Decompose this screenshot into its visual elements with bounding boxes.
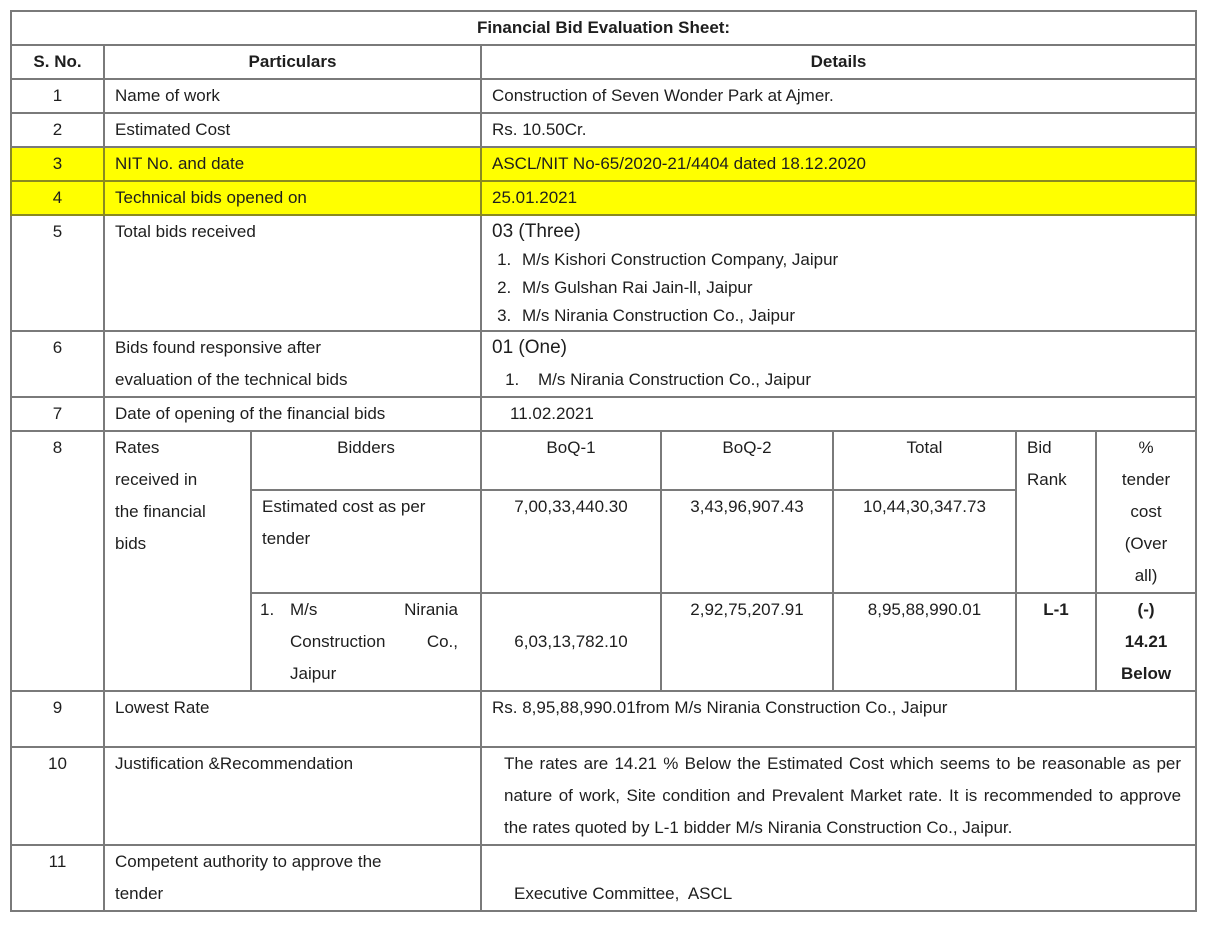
particular-line: bids — [115, 528, 240, 560]
row-detail: ASCL/NIT No-65/2020-21/4404 dated 18.12.… — [481, 147, 1196, 181]
pct-value-line: (-) — [1107, 594, 1185, 626]
estimated-boq2: 3,43,96,907.43 — [661, 490, 833, 593]
row-detail: 01 (One) M/s Nirania Construction Co., J… — [481, 331, 1196, 397]
row-sno: 1 — [11, 79, 104, 113]
table-row: 6 Bids found responsive after evaluation… — [11, 331, 1196, 397]
row-particular: Technical bids opened on — [104, 181, 481, 215]
row-sno: 10 — [11, 747, 104, 845]
table-row-rates-header: 8 Rates received in the financial bids B… — [11, 431, 1196, 490]
row-sno: 9 — [11, 691, 104, 747]
row-particular: Justification &Recommendation — [104, 747, 481, 845]
bidder-list: M/s Kishori Construction Company, Jaipur… — [492, 246, 1185, 330]
table-row: 9 Lowest Rate Rs. 8,95,88,990.01from M/s… — [11, 691, 1196, 747]
col-boq2: BoQ-2 — [661, 431, 833, 490]
bidder-item: M/s Nirania Construction Co., Jaipur — [524, 364, 1185, 396]
table-row-highlighted: 3 NIT No. and date ASCL/NIT No-65/2020-2… — [11, 147, 1196, 181]
responsive-bidder-list: M/s Nirania Construction Co., Jaipur — [492, 364, 1185, 396]
col-pct-tender-cost: % tender cost (Over all) — [1096, 431, 1196, 593]
pct-line: % — [1107, 432, 1185, 464]
col-boq1: BoQ-1 — [481, 431, 661, 490]
particular-line: received in — [115, 464, 240, 496]
particular-line: Bids found responsive after — [115, 332, 470, 364]
particular-line: the financial — [115, 496, 240, 528]
bid-boq2: 2,92,75,207.91 — [661, 593, 833, 691]
bid-count: 03 (Three) — [492, 218, 1185, 246]
row-sno: 11 — [11, 845, 104, 911]
financial-bid-evaluation-table: Financial Bid Evaluation Sheet: S. No. P… — [10, 10, 1197, 912]
row-detail: 25.01.2021 — [481, 181, 1196, 215]
bidder-name-line1: M/sNirania — [290, 594, 458, 626]
row-particular: Total bids received — [104, 215, 481, 331]
title-row: Financial Bid Evaluation Sheet: — [11, 11, 1196, 45]
bidder-name: 1.M/sNiraniaConstructionCo.,Jaipur — [251, 593, 481, 691]
col-bid-rank: Bid Rank — [1016, 431, 1096, 593]
row-detail: 11.02.2021 — [481, 397, 1196, 431]
pct-line: (Over — [1107, 528, 1185, 560]
header-particulars: Particulars — [104, 45, 481, 79]
estimated-label-line: tender — [262, 523, 470, 555]
row-sno: 8 — [11, 431, 104, 691]
rank-line: Rank — [1027, 464, 1085, 496]
particular-line: Competent authority to approve the — [115, 846, 470, 878]
table-row: 10 Justification &Recommendation The rat… — [11, 747, 1196, 845]
table-row: 2 Estimated Cost Rs. 10.50Cr. — [11, 113, 1196, 147]
bidder-name-line2: ConstructionCo., — [290, 626, 458, 658]
pct-line: cost — [1107, 496, 1185, 528]
bid-rank: L-1 — [1016, 593, 1096, 691]
row-particular: Lowest Rate — [104, 691, 481, 747]
estimated-label-line: Estimated cost as per — [262, 491, 470, 523]
bid-total: 8,95,88,990.01 — [833, 593, 1016, 691]
row-particular: Bids found responsive after evaluation o… — [104, 331, 481, 397]
col-bidders: Bidders — [251, 431, 481, 490]
row-detail-justification: The rates are 14.21 % Below the Estimate… — [481, 747, 1196, 845]
table-row: 5 Total bids received 03 (Three) M/s Kis… — [11, 215, 1196, 331]
row-particular: Date of opening of the financial bids — [104, 397, 481, 431]
sheet-title: Financial Bid Evaluation Sheet: — [11, 11, 1196, 45]
bidder-index: 1. — [260, 594, 290, 626]
row-sno: 5 — [11, 215, 104, 331]
estimated-boq1: 7,00,33,440.30 — [481, 490, 661, 593]
pct-line: all) — [1107, 560, 1185, 592]
row-sno: 2 — [11, 113, 104, 147]
bidder-item: M/s Nirania Construction Co., Jaipur — [516, 302, 1185, 330]
header-sno: S. No. — [11, 45, 104, 79]
table-row: 7 Date of opening of the financial bids … — [11, 397, 1196, 431]
estimated-label: Estimated cost as per tender — [251, 490, 481, 593]
pct-value-line: 14.21 — [1107, 626, 1185, 658]
particular-line: tender — [115, 878, 470, 910]
row-particular: Competent authority to approve the tende… — [104, 845, 481, 911]
row-particular: NIT No. and date — [104, 147, 481, 181]
header-row: S. No. Particulars Details — [11, 45, 1196, 79]
bid-boq1: 6,03,13,782.10 — [481, 593, 661, 691]
rank-line: Bid — [1027, 432, 1085, 464]
bidder-item: M/s Gulshan Rai Jain-ll, Jaipur — [516, 274, 1185, 302]
bid-pct: (-) 14.21 Below — [1096, 593, 1196, 691]
row-particular: Estimated Cost — [104, 113, 481, 147]
particular-line: Rates — [115, 432, 240, 464]
table-row: 11 Competent authority to approve the te… — [11, 845, 1196, 911]
responsive-count: 01 (One) — [492, 332, 1185, 364]
row-particular: Rates received in the financial bids — [104, 431, 251, 691]
row-particular: Name of work — [104, 79, 481, 113]
estimated-total: 10,44,30,347.73 — [833, 490, 1016, 593]
row-detail: Rs. 8,95,88,990.01from M/s Nirania Const… — [481, 691, 1196, 747]
row-detail-authority: Executive Committee, ASCL — [481, 845, 1196, 911]
row-sno: 7 — [11, 397, 104, 431]
row-detail: Rs. 10.50Cr. — [481, 113, 1196, 147]
row-sno: 4 — [11, 181, 104, 215]
pct-value-line: Below — [1107, 658, 1185, 690]
table-row-highlighted: 4 Technical bids opened on 25.01.2021 — [11, 181, 1196, 215]
row-detail: Construction of Seven Wonder Park at Ajm… — [481, 79, 1196, 113]
row-detail: 03 (Three) M/s Kishori Construction Comp… — [481, 215, 1196, 331]
header-details: Details — [481, 45, 1196, 79]
particular-line: evaluation of the technical bids — [115, 364, 470, 396]
row-sno: 6 — [11, 331, 104, 397]
bidder-name-line3: Jaipur — [290, 658, 458, 690]
bidder-item: M/s Kishori Construction Company, Jaipur — [516, 246, 1185, 274]
pct-line: tender — [1107, 464, 1185, 496]
row-sno: 3 — [11, 147, 104, 181]
col-total: Total — [833, 431, 1016, 490]
table-row: 1 Name of work Construction of Seven Won… — [11, 79, 1196, 113]
